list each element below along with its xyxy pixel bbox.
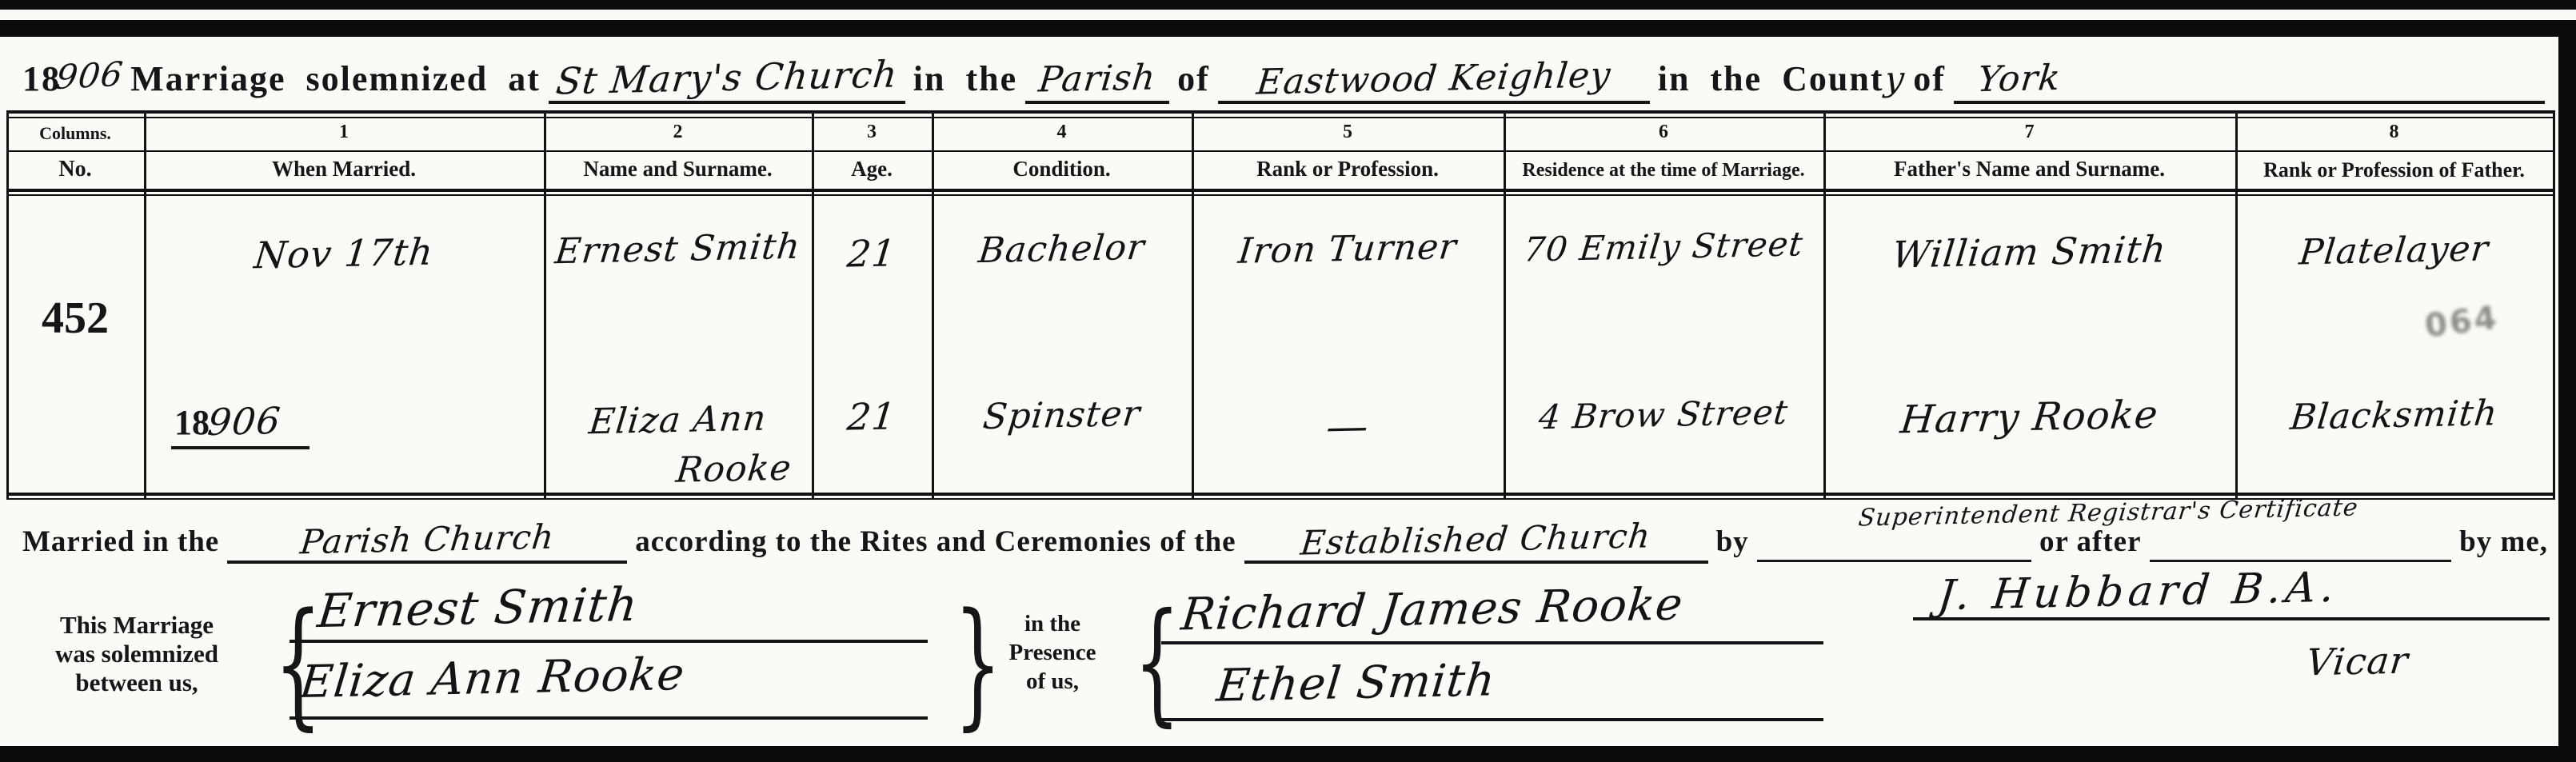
groom-when-married: Nov 17th xyxy=(142,228,547,279)
column-number-3: 3 xyxy=(812,122,932,143)
statement-or-after-blank xyxy=(2150,525,2452,562)
statement-or-after-text: or after xyxy=(2039,525,2142,559)
title-county-label-text: in the Count xyxy=(1658,58,1884,99)
title-parish-name-blank: Eastwood Keighley xyxy=(1218,58,1650,104)
title-place-blank: St Mary's Church xyxy=(549,56,905,104)
statement-by-me-text: by me, xyxy=(2459,525,2548,559)
header-father-rank: Rank or Profession of Father. xyxy=(2235,158,2553,182)
title-place-handwritten: St Mary's Church xyxy=(554,53,900,103)
witness2-signature: Ethel Smith xyxy=(1214,654,1498,712)
table-rule xyxy=(6,110,2555,114)
title-parish-name-handwritten: Eastwood Keighley xyxy=(1255,54,1613,102)
table-rule xyxy=(6,493,2555,496)
groom-residence: 70 Emily Street xyxy=(1501,224,1826,269)
bride-condition: Spinster xyxy=(929,393,1194,439)
table-column-line xyxy=(2553,110,2555,500)
column-number-7: 7 xyxy=(1823,122,2235,143)
bride-name-line2: Rooke xyxy=(541,446,870,493)
bride-signature: Eliza Ann Rooke xyxy=(298,648,687,708)
title-solemnized-text: Marriage solemnized at xyxy=(130,58,541,99)
top-border-bar-1 xyxy=(0,0,2576,10)
officiant-signature: J. Hubbard B.A. xyxy=(1935,564,2341,620)
statement-married-in-the: Married in the xyxy=(22,525,219,559)
title-county-y-handwritten: y xyxy=(1883,59,1907,99)
column-number-1: 1 xyxy=(144,122,544,143)
groom-father-name: William Smith xyxy=(1821,226,2239,278)
bride-year-handwritten: 906 xyxy=(206,399,283,444)
presence-label-line1: in the xyxy=(990,609,1115,638)
marriage-solemnized-label-line3: between us, xyxy=(19,668,254,697)
witness1-signature-line xyxy=(1161,641,1823,644)
title-of2-text: of xyxy=(1913,58,1946,99)
witness1-signature: Richard James Rooke xyxy=(1179,578,1686,640)
marriage-solemnized-label-line2: was solemnized xyxy=(19,640,254,668)
officiant-signature-line xyxy=(1913,617,2550,620)
marriage-solemnized-label-line1: This Marriage xyxy=(19,611,254,640)
table-rule xyxy=(6,117,2555,118)
column-number-6: 6 xyxy=(1504,122,1823,143)
title-of-text: of xyxy=(1177,58,1210,99)
bride-age: 21 xyxy=(809,393,934,439)
header-father-name: Father's Name and Surname. xyxy=(1823,157,2235,182)
header-residence: Residence at the time of Marriage. xyxy=(1504,160,1823,182)
witness2-signature-line xyxy=(1161,718,1823,721)
marriage-solemnized-label: This Marriage was solemnized between us, xyxy=(19,611,254,697)
bride-residence: 4 Brow Street xyxy=(1501,392,1826,437)
bride-father-name: Harry Rooke xyxy=(1821,391,2239,445)
title-parish-handwritten: Parish xyxy=(1036,57,1157,100)
bride-when-married: 18906 xyxy=(144,400,544,449)
bride-father-rank: Blacksmith xyxy=(2233,392,2555,439)
header-name-surname: Name and Surname. xyxy=(544,157,812,182)
table-rule xyxy=(6,150,2555,152)
presence-label-line3: of us, xyxy=(990,667,1115,696)
header-rank-profession: Rank or Profession. xyxy=(1192,157,1504,182)
column-number-5: 5 xyxy=(1192,122,1504,143)
statement-church-handwritten: Parish Church xyxy=(298,517,556,562)
title-line: 18 906 Marriage solemnized at St Mary's … xyxy=(22,56,2545,104)
officiant-title: Vicar xyxy=(2304,639,2410,684)
bride-rank-dash: — xyxy=(1188,400,1506,454)
groom-rank: Iron Turner xyxy=(1189,225,1506,273)
columns-label: Columns. xyxy=(6,123,144,144)
statement-rites-blank: Established Church xyxy=(1244,520,1708,564)
top-border-bar-2 xyxy=(0,20,2576,37)
header-when-married: When Married. xyxy=(144,157,544,182)
statement-church-blank: Parish Church xyxy=(227,520,627,564)
bride-signature-line xyxy=(290,716,928,720)
groom-condition: Bachelor xyxy=(929,226,1194,273)
register-table: Columns. 1 2 3 4 5 6 7 8 No. When Marrie… xyxy=(6,110,2555,500)
groom-name: Ernest Smith xyxy=(541,225,814,272)
entry-number: 452 xyxy=(6,293,144,344)
groom-age: 21 xyxy=(809,230,934,276)
statement-rites-handwritten: Established Church xyxy=(1299,516,1652,562)
witness-brace-open: { xyxy=(1134,596,1180,729)
groom-father-rank: Platelayer xyxy=(2233,227,2555,274)
title-in-the-text: in the xyxy=(913,58,1017,99)
bride-year-blank: 18906 xyxy=(171,400,310,449)
header-no: No. xyxy=(6,157,144,182)
column-number-4: 4 xyxy=(932,122,1192,143)
statement-authority-group: Superintendent Registrar's Certificate b… xyxy=(1708,525,2548,564)
header-age: Age. xyxy=(812,157,932,182)
title-county-blank: York xyxy=(1954,58,2545,104)
faint-stamp: 064 xyxy=(2423,300,2501,345)
bride-year-printed: 18 xyxy=(174,403,210,442)
column-number-8: 8 xyxy=(2235,122,2553,143)
bride-name-line1: Eliza Ann xyxy=(541,397,814,443)
title-county-handwritten: York xyxy=(1975,58,2063,100)
table-rule xyxy=(6,194,2555,196)
marriage-certificate: 18 906 Marriage solemnized at St Mary's … xyxy=(0,0,2576,762)
title-parish-blank: Parish xyxy=(1025,58,1169,104)
presence-label: in the Presence of us, xyxy=(990,609,1115,696)
groom-signature: Ernest Smith xyxy=(315,577,641,638)
statement-line: Married in the Parish Church according t… xyxy=(22,520,2548,564)
table-rule xyxy=(6,189,2555,192)
bottom-border-bar xyxy=(0,746,2576,762)
statement-according-text: according to the Rites and Ceremonies of… xyxy=(635,525,1236,559)
header-condition: Condition. xyxy=(932,157,1192,182)
presence-label-line2: Presence xyxy=(990,638,1115,667)
groom-signature-line xyxy=(290,640,928,643)
column-number-2: 2 xyxy=(544,122,812,143)
title-year-handwritten: 906 xyxy=(54,54,126,97)
right-border-bar xyxy=(2558,20,2576,762)
